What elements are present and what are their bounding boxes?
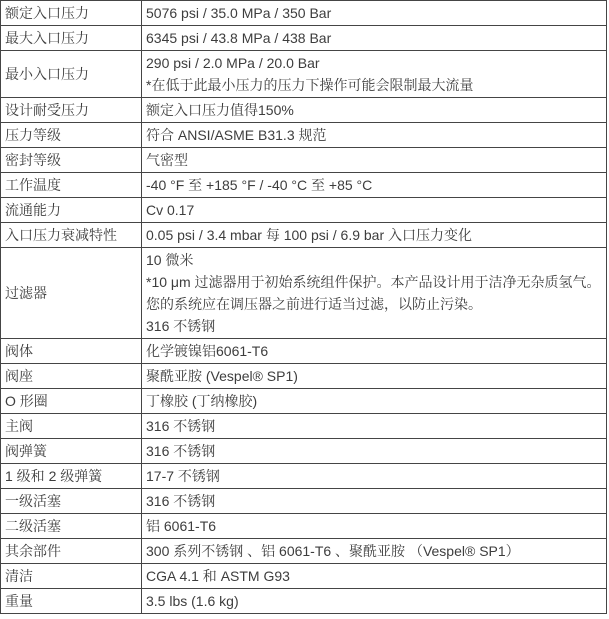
spec-label: 主阀 bbox=[1, 414, 142, 439]
spec-label: 阀座 bbox=[1, 364, 142, 389]
spec-value-line: 316 不锈钢 bbox=[146, 415, 602, 437]
spec-value: 290 psi / 2.0 MPa / 20.0 Bar*在低于此最小压力的压力… bbox=[142, 51, 607, 98]
table-row: 阀体 化学镀镍铝6061-T6 bbox=[1, 339, 607, 364]
table-row: 最小入口压力 290 psi / 2.0 MPa / 20.0 Bar*在低于此… bbox=[1, 51, 607, 98]
spec-value-line: 316 不锈钢 bbox=[146, 490, 602, 512]
spec-value: 316 不锈钢 bbox=[142, 439, 607, 464]
spec-label: 入口压力衰减特性 bbox=[1, 223, 142, 248]
spec-value-line: *10 μm 过滤器用于初始系统组件保护。本产品设计用于洁净无杂质氢气。您的系统… bbox=[146, 271, 602, 315]
table-row: 密封等级 气密型 bbox=[1, 148, 607, 173]
spec-value-line: 0.05 psi / 3.4 mbar 每 100 psi / 6.9 bar … bbox=[146, 224, 602, 246]
spec-value-line: 3.5 lbs (1.6 kg) bbox=[146, 590, 602, 612]
table-row: 过滤器 10 微米*10 μm 过滤器用于初始系统组件保护。本产品设计用于洁净无… bbox=[1, 248, 607, 339]
spec-label: 设计耐受压力 bbox=[1, 98, 142, 123]
table-row: 清洁 CGA 4.1 和 ASTM G93 bbox=[1, 564, 607, 589]
spec-value-line: 聚酰亚胺 (Vespel® SP1) bbox=[146, 365, 602, 387]
table-row: O 形圈 丁橡胶 (丁纳橡胶) bbox=[1, 389, 607, 414]
table-row: 主阀 316 不锈钢 bbox=[1, 414, 607, 439]
spec-value-line: *在低于此最小压力的压力下操作可能会限制最大流量 bbox=[146, 74, 602, 96]
spec-value-line: 300 系列不锈钢 、铝 6061-T6 、聚酰亚胺 （Vespel® SP1） bbox=[146, 540, 602, 562]
table-row: 其余部件 300 系列不锈钢 、铝 6061-T6 、聚酰亚胺 （Vespel®… bbox=[1, 539, 607, 564]
spec-value-line: -40 °F 至 +185 °F / -40 °C 至 +85 °C bbox=[146, 174, 602, 196]
table-row: 重量 3.5 lbs (1.6 kg) bbox=[1, 589, 607, 614]
table-row: 设计耐受压力 额定入口压力值得150% bbox=[1, 98, 607, 123]
spec-label: 清洁 bbox=[1, 564, 142, 589]
spec-value: 0.05 psi / 3.4 mbar 每 100 psi / 6.9 bar … bbox=[142, 223, 607, 248]
spec-value-line: Cv 0.17 bbox=[146, 199, 602, 221]
spec-label: 密封等级 bbox=[1, 148, 142, 173]
spec-table-body: 额定入口压力 5076 psi / 35.0 MPa / 350 Bar 最大入… bbox=[1, 1, 607, 614]
spec-table: 额定入口压力 5076 psi / 35.0 MPa / 350 Bar 最大入… bbox=[0, 0, 607, 614]
table-row: 压力等级 符合 ANSI/ASME B31.3 规范 bbox=[1, 123, 607, 148]
spec-value: 3.5 lbs (1.6 kg) bbox=[142, 589, 607, 614]
spec-label: 最大入口压力 bbox=[1, 26, 142, 51]
spec-value-line: 符合 ANSI/ASME B31.3 规范 bbox=[146, 124, 602, 146]
spec-value: 丁橡胶 (丁纳橡胶) bbox=[142, 389, 607, 414]
table-row: 工作温度 -40 °F 至 +185 °F / -40 °C 至 +85 °C bbox=[1, 173, 607, 198]
spec-value: 聚酰亚胺 (Vespel® SP1) bbox=[142, 364, 607, 389]
spec-value: 316 不锈钢 bbox=[142, 489, 607, 514]
spec-label: 重量 bbox=[1, 589, 142, 614]
table-row: 二级活塞 铝 6061-T6 bbox=[1, 514, 607, 539]
spec-label: 一级活塞 bbox=[1, 489, 142, 514]
spec-label: 压力等级 bbox=[1, 123, 142, 148]
spec-value-line: 290 psi / 2.0 MPa / 20.0 Bar bbox=[146, 52, 602, 74]
spec-value: CGA 4.1 和 ASTM G93 bbox=[142, 564, 607, 589]
spec-label: 过滤器 bbox=[1, 248, 142, 339]
spec-value: -40 °F 至 +185 °F / -40 °C 至 +85 °C bbox=[142, 173, 607, 198]
spec-value-line: 额定入口压力值得150% bbox=[146, 99, 602, 121]
spec-value: 5076 psi / 35.0 MPa / 350 Bar bbox=[142, 1, 607, 26]
spec-label: 1 级和 2 级弹簧 bbox=[1, 464, 142, 489]
spec-value: Cv 0.17 bbox=[142, 198, 607, 223]
table-row: 入口压力衰减特性 0.05 psi / 3.4 mbar 每 100 psi /… bbox=[1, 223, 607, 248]
spec-value-line: 17-7 不锈钢 bbox=[146, 465, 602, 487]
spec-value-line: 铝 6061-T6 bbox=[146, 515, 602, 537]
spec-value: 气密型 bbox=[142, 148, 607, 173]
spec-value-line: 5076 psi / 35.0 MPa / 350 Bar bbox=[146, 2, 602, 24]
table-row: 额定入口压力 5076 psi / 35.0 MPa / 350 Bar bbox=[1, 1, 607, 26]
spec-value: 符合 ANSI/ASME B31.3 规范 bbox=[142, 123, 607, 148]
table-row: 阀座 聚酰亚胺 (Vespel® SP1) bbox=[1, 364, 607, 389]
table-row: 最大入口压力 6345 psi / 43.8 MPa / 438 Bar bbox=[1, 26, 607, 51]
spec-value-line: 10 微米 bbox=[146, 249, 602, 271]
spec-label: 二级活塞 bbox=[1, 514, 142, 539]
spec-value-line: CGA 4.1 和 ASTM G93 bbox=[146, 565, 602, 587]
spec-value-line: 316 不锈钢 bbox=[146, 315, 602, 337]
spec-value-line: 化学镀镍铝6061-T6 bbox=[146, 340, 602, 362]
spec-label: O 形圈 bbox=[1, 389, 142, 414]
spec-label: 阀体 bbox=[1, 339, 142, 364]
spec-value: 6345 psi / 43.8 MPa / 438 Bar bbox=[142, 26, 607, 51]
table-row: 一级活塞 316 不锈钢 bbox=[1, 489, 607, 514]
spec-value: 额定入口压力值得150% bbox=[142, 98, 607, 123]
spec-value: 17-7 不锈钢 bbox=[142, 464, 607, 489]
spec-label: 流通能力 bbox=[1, 198, 142, 223]
spec-label: 额定入口压力 bbox=[1, 1, 142, 26]
spec-value: 300 系列不锈钢 、铝 6061-T6 、聚酰亚胺 （Vespel® SP1） bbox=[142, 539, 607, 564]
spec-value-line: 6345 psi / 43.8 MPa / 438 Bar bbox=[146, 27, 602, 49]
spec-value-line: 316 不锈钢 bbox=[146, 440, 602, 462]
spec-value-line: 丁橡胶 (丁纳橡胶) bbox=[146, 390, 602, 412]
spec-value: 10 微米*10 μm 过滤器用于初始系统组件保护。本产品设计用于洁净无杂质氢气… bbox=[142, 248, 607, 339]
spec-label: 其余部件 bbox=[1, 539, 142, 564]
spec-label: 工作温度 bbox=[1, 173, 142, 198]
spec-label: 阀弹簧 bbox=[1, 439, 142, 464]
spec-value: 316 不锈钢 bbox=[142, 414, 607, 439]
spec-value: 铝 6061-T6 bbox=[142, 514, 607, 539]
table-row: 1 级和 2 级弹簧 17-7 不锈钢 bbox=[1, 464, 607, 489]
table-row: 阀弹簧 316 不锈钢 bbox=[1, 439, 607, 464]
spec-label: 最小入口压力 bbox=[1, 51, 142, 98]
spec-value-line: 气密型 bbox=[146, 149, 602, 171]
table-row: 流通能力 Cv 0.17 bbox=[1, 198, 607, 223]
spec-value: 化学镀镍铝6061-T6 bbox=[142, 339, 607, 364]
